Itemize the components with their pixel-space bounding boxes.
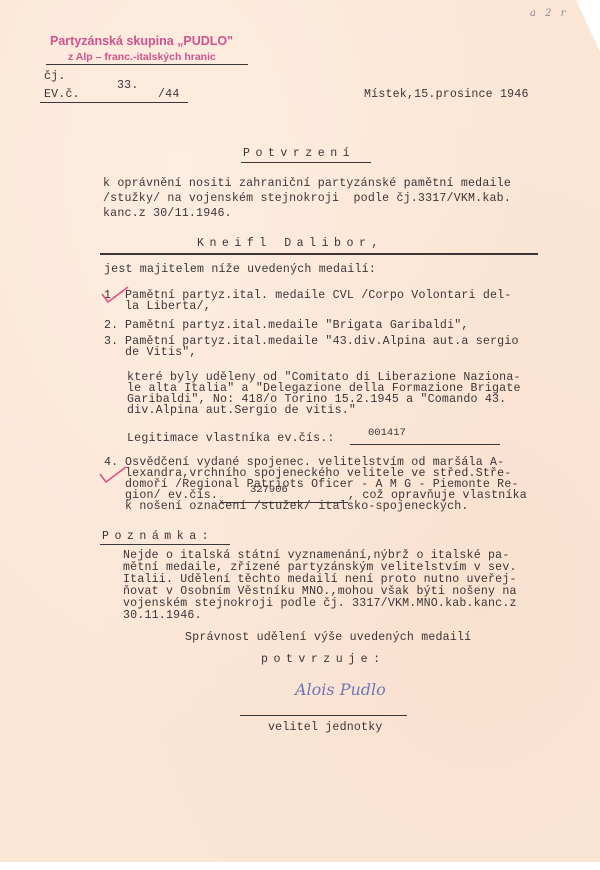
recipient-underline (100, 253, 538, 255)
medal-text: la Liberta/, (125, 301, 211, 313)
medal-text: Pamětní partyz.ital.medaile "Brigata Gar… (125, 320, 469, 332)
legitimation-label: Legitimace vlastníka ev.čís.: (127, 433, 335, 445)
medal-number: 2. (104, 320, 118, 332)
title-underline (241, 162, 371, 163)
note-underline (100, 544, 230, 545)
legitimation-underline (350, 444, 500, 445)
commander-signature: Alois Pudlo (295, 680, 386, 699)
document-title: Potvrzení (243, 148, 355, 160)
unit-stamp-line-1: Partyzánská skupina „PUDLO" (50, 34, 233, 48)
confirmation-line-1: Správnost udělení výše uvedených medailí (185, 632, 471, 644)
certificate-ev-underline (220, 502, 348, 503)
ev-label: EV.č. (44, 89, 80, 101)
holder-line: jest majitelem níže uvedených medailí: (104, 264, 376, 276)
medal-number: 3. (104, 336, 118, 348)
handwritten-corner-note: a 2 r (530, 8, 568, 19)
recipient-name: Kneifl Dalibor, (197, 238, 384, 250)
unit-stamp-line-2: z Alp – franc.-italských hranic (68, 51, 216, 63)
intro-line: kanc.z 30/11.1946. (103, 208, 232, 220)
stamp-underline (46, 64, 248, 65)
intro-line: /stužky/ na vojenském stejnokroji podle … (103, 193, 511, 205)
certificate-line-suffix: , což opravňuje vlastníka (348, 490, 527, 502)
note-heading: Poznámka: (102, 531, 214, 543)
checkmark-icon (98, 466, 128, 486)
signature-line (240, 715, 407, 716)
note-line: 30.11.1946. (123, 610, 202, 622)
place-date: Místek,15.prosince 1946 (364, 89, 529, 101)
confirmation-line-2: potvrzuje: (261, 654, 386, 666)
medal-text: de Vitis", (125, 347, 197, 359)
intro-line: k oprávnění nositi zahraniční partyzánsk… (103, 178, 511, 190)
checkmark-icon (100, 286, 130, 306)
ev-year: /44 (158, 89, 179, 101)
ev-underline (40, 102, 188, 103)
awarded-by-line: div.Alpina aut.Sergio de vitis." (127, 405, 356, 417)
cj-label: čj. (44, 71, 65, 83)
certificate-ev-number: 327906 (250, 484, 288, 496)
legitimation-number: 001417 (368, 427, 406, 439)
signature-title: velitel jednotky (268, 722, 383, 734)
ev-number: 33. (117, 80, 138, 92)
